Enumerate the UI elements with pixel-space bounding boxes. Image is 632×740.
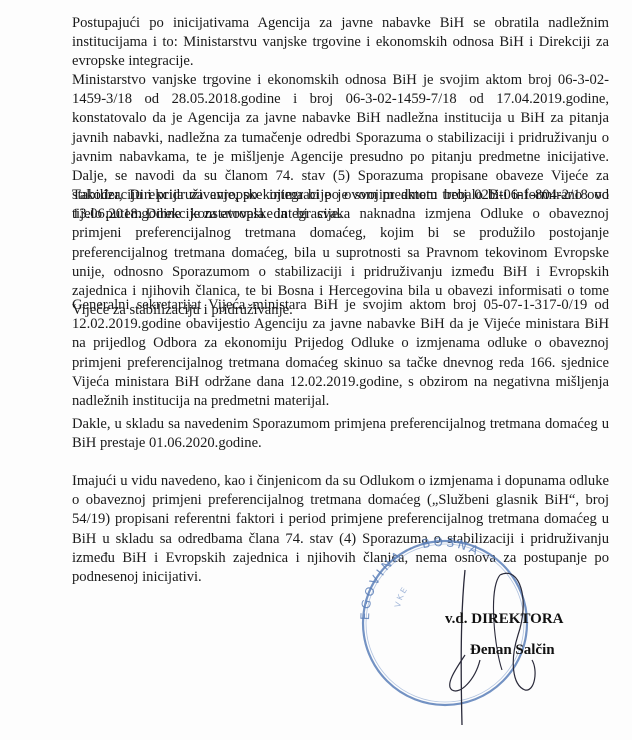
signatory-title: v.d. DIREKTORA [445,611,564,628]
svg-text:VKE: VKE [393,584,410,608]
paragraph-4: Generalni sekretarijat Vijeća ministara … [72,296,609,411]
paragraph-1: Postupajući po inicijativama Agencija za… [72,14,609,72]
signatory-name: Đenan Salčin [470,642,555,659]
paragraph-5: Dakle, u skladu sa navedenim Sporazumom … [72,415,609,453]
